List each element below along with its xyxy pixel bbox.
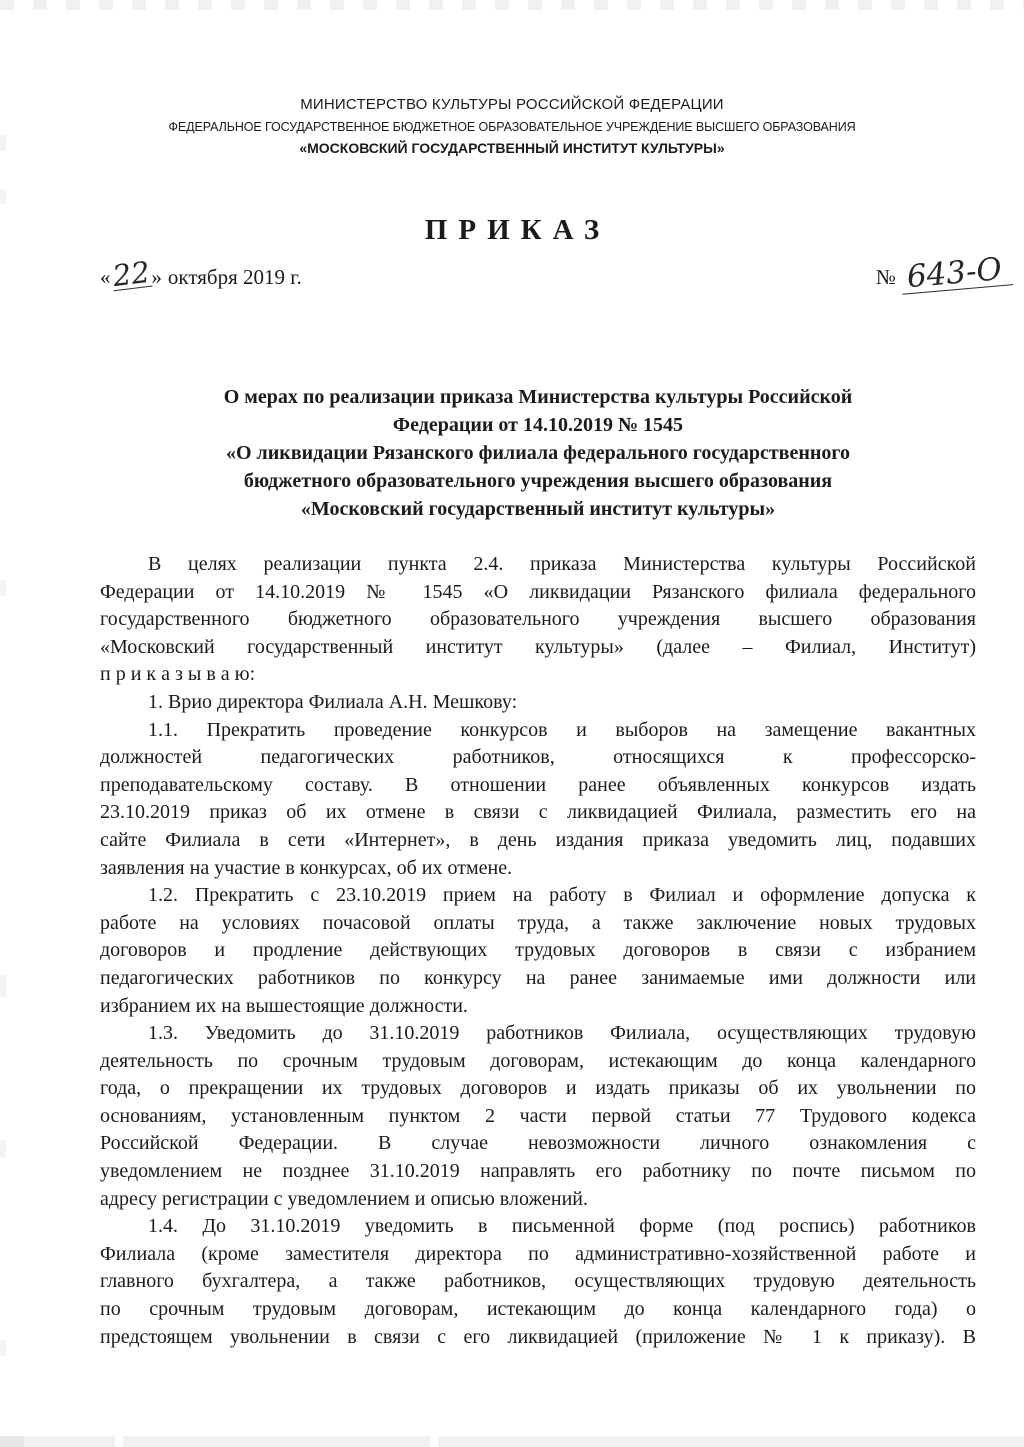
body-line: уведомлением не позднее 31.10.2019 напра… — [100, 1158, 976, 1186]
number-sign: № — [876, 265, 896, 290]
body-line: п р и к а з ы в а ю: — [100, 661, 976, 689]
handwritten-number: 643-О — [900, 255, 1013, 295]
body-line: 1.1. Прекратить проведение конкурсов и в… — [100, 717, 976, 745]
ministry-name: МИНИСТЕРСТВО КУЛЬТУРЫ РОССИЙСКОЙ ФЕДЕРАЦ… — [0, 96, 1024, 113]
scan-artifact-bottom-gap — [115, 1436, 123, 1447]
body-line: государственного бюджетного образователь… — [100, 606, 976, 634]
scan-artifact-left-edge — [0, 975, 6, 997]
doc-type-title: ПРИКАЗ — [0, 214, 1024, 247]
subject-line: «О ликвидации Рязанского филиала федерал… — [100, 439, 976, 467]
scan-artifact-left-edge — [0, 1340, 6, 1356]
scanned-order-page: МИНИСТЕРСТВО КУЛЬТУРЫ РОССИЙСКОЙ ФЕДЕРАЦ… — [0, 0, 1024, 1447]
body-line: Филиала (кроме заместителя директора по … — [100, 1241, 976, 1269]
body-line: 1.3. Уведомить до 31.10.2019 работников … — [100, 1020, 976, 1048]
body-line: по срочным трудовым договорам, истекающи… — [100, 1296, 976, 1324]
body-line: года, о прекращении их трудовых договоро… — [100, 1075, 976, 1103]
body-line: избранием их на вышестоящие должности. — [100, 993, 976, 1021]
date-open-quote: « — [100, 265, 111, 289]
order-body: В целях реализации пункта 2.4. приказа М… — [100, 551, 976, 1351]
body-line: 1.2. Прекратить с 23.10.2019 прием на ра… — [100, 882, 976, 910]
subject-line: О мерах по реализации приказа Министерст… — [100, 383, 976, 411]
date-close-quote: » — [151, 265, 162, 289]
body-line: деятельность по срочным трудовым договор… — [100, 1048, 976, 1076]
scan-artifact-bottom-edge — [0, 1436, 1024, 1447]
institution-type: ФЕДЕРАЛЬНОЕ ГОСУДАРСТВЕННОЕ БЮДЖЕТНОЕ ОБ… — [0, 120, 1024, 134]
body-line: основаниям, установленным пунктом 2 част… — [100, 1103, 976, 1131]
order-date: «22»октября 2019 г. — [100, 262, 302, 290]
body-line: В целях реализации пункта 2.4. приказа М… — [100, 551, 976, 579]
letterhead: МИНИСТЕРСТВО КУЛЬТУРЫ РОССИЙСКОЙ ФЕДЕРАЦ… — [0, 96, 1024, 156]
body-line: работе на условиях почасовой оплаты труд… — [100, 910, 976, 938]
date-month-year: октября 2019 г. — [168, 265, 302, 289]
body-line: 23.10.2019 приказ об их отмене в связи с… — [100, 799, 976, 827]
body-line: Федерации от 14.10.2019 № 1545 «О ликвид… — [100, 579, 976, 607]
scan-artifact-left-edge — [0, 190, 6, 204]
body-line: педагогических работников по конкурсу на… — [100, 965, 976, 993]
scan-artifact-bottom-gap — [430, 1436, 438, 1447]
body-line: договоров и продление действующих трудов… — [100, 937, 976, 965]
order-meta-row: «22»октября 2019 г. № 643-О — [100, 260, 1012, 290]
order-subject: О мерах по реализации приказа Министерст… — [100, 383, 976, 523]
subject-line: бюджетного образовательного учреждения в… — [100, 467, 976, 495]
body-line: Российской Федерации. В случае невозможн… — [100, 1130, 976, 1158]
body-line: главного бухгалтера, а также работников,… — [100, 1268, 976, 1296]
body-line: «Московский государственный институт кул… — [100, 634, 976, 662]
body-line: преподавательскому составу. В отношении … — [100, 772, 976, 800]
subject-line: Федерации от 14.10.2019 № 1545 — [100, 411, 976, 439]
body-line: должностей педагогических работников, от… — [100, 744, 976, 772]
handwritten-day: 22 — [110, 260, 152, 292]
body-line: предстоящем увольнении в связи с его лик… — [100, 1324, 976, 1352]
body-line: 1. Врио директора Филиала А.Н. Мешкову: — [100, 689, 976, 717]
body-line: адресу регистрации с уведомлением и опис… — [100, 1186, 976, 1214]
body-line: 1.4. До 31.10.2019 уведомить в письменно… — [100, 1213, 976, 1241]
body-line: сайте Филиала в сети «Интернет», в день … — [100, 827, 976, 855]
scan-artifact-top-edge — [0, 0, 1024, 10]
order-number: № 643-О — [876, 260, 1012, 290]
institution-name: «МОСКОВСКИЙ ГОСУДАРСТВЕННЫЙ ИНСТИТУТ КУЛ… — [0, 140, 1024, 156]
body-line: заявления на участие в конкурсах, об их … — [100, 855, 976, 883]
subject-line: «Московский государственный институт кул… — [100, 495, 976, 523]
scan-artifact-left-edge — [0, 580, 6, 596]
scan-artifact-left-edge — [0, 1140, 6, 1158]
scan-artifact-bottom-corner — [0, 1436, 24, 1447]
